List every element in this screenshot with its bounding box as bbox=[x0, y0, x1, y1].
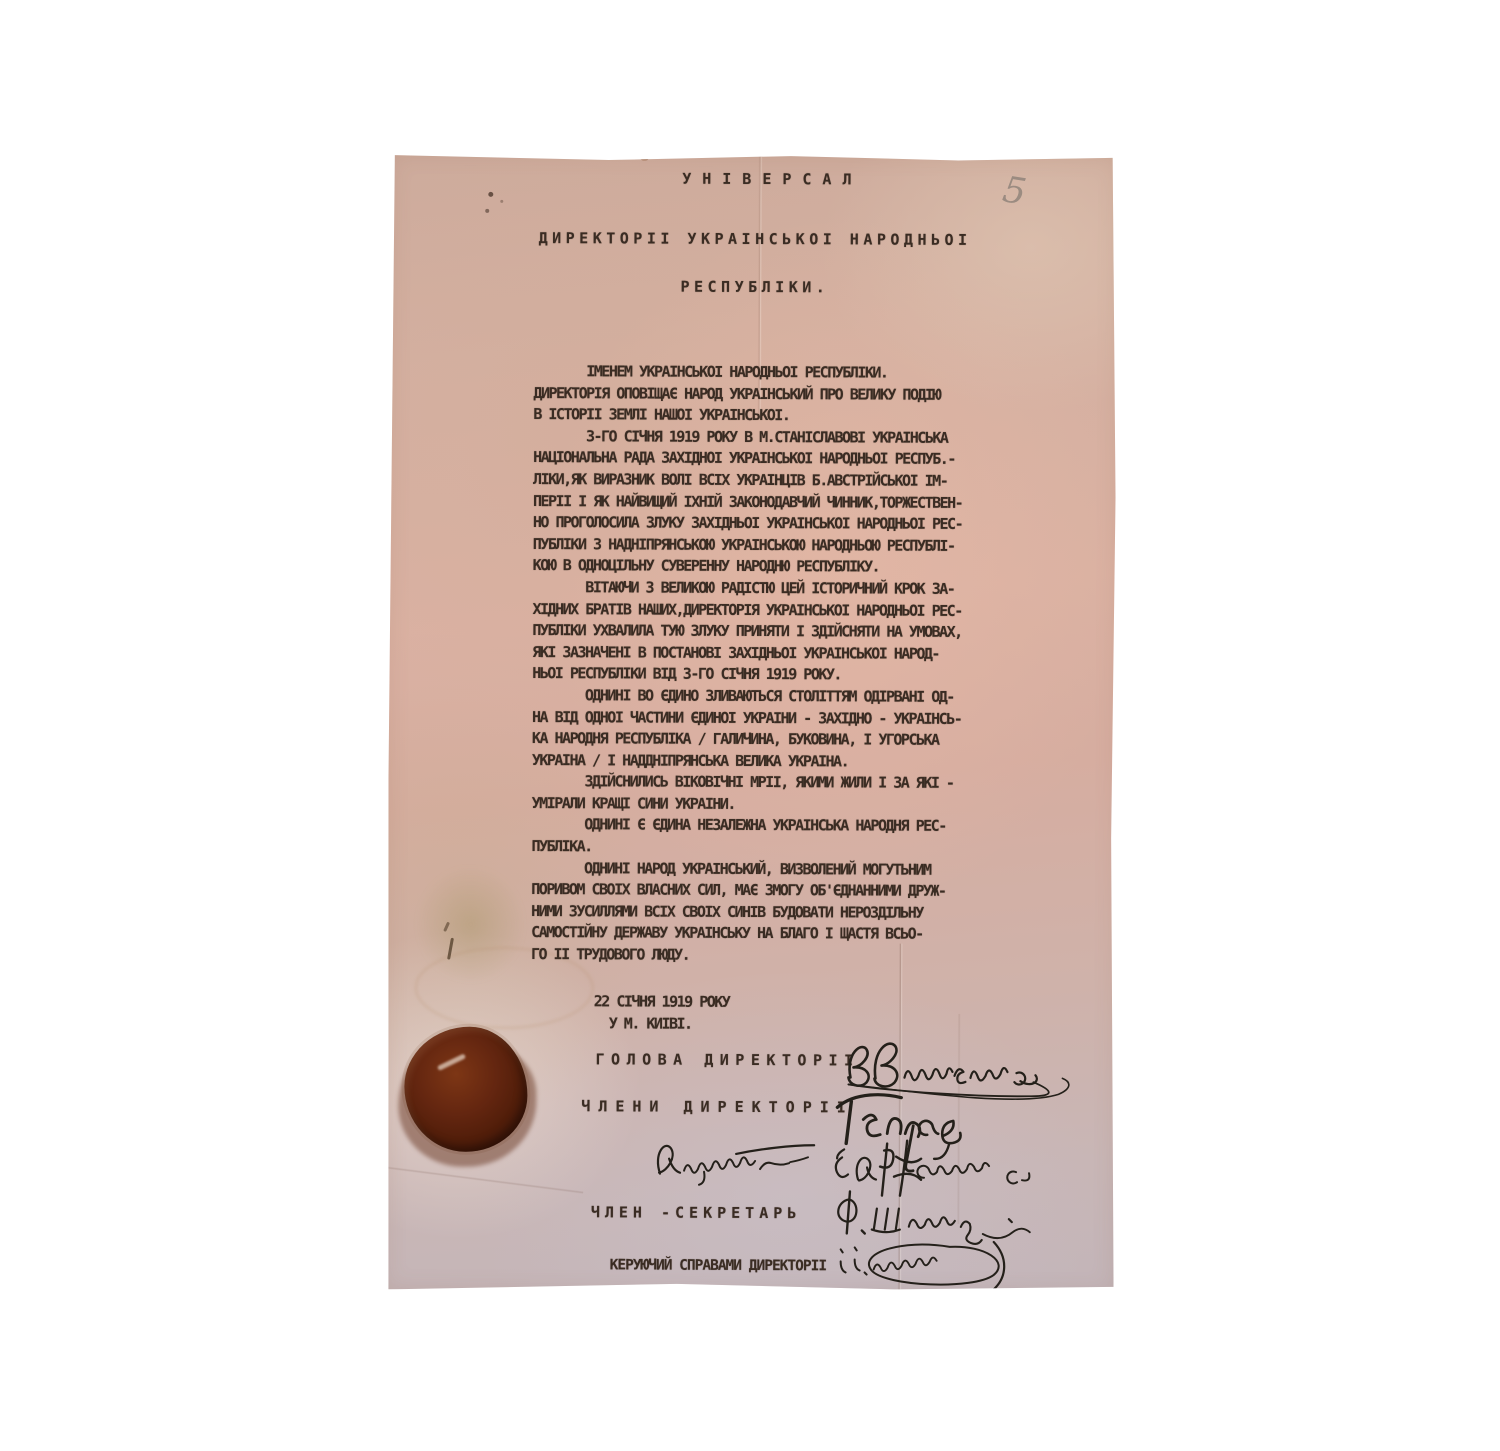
body-line: В ІСТОРІІ ЗЕМЛІ НАШОІ УКРАІНСЬКОІ. bbox=[533, 404, 981, 428]
document-title-line2: ДИРЕКТОРІІ УКРАІНСЬКОІ НАРОДНЬОІ bbox=[534, 229, 976, 249]
body-line: ЗДІЙСНИЛИСЬ ВІКОВІЧНІ МРІІ, ЯКИМИ ЖИЛИ І… bbox=[532, 771, 980, 795]
document-page: 5 УНІВЕРСАЛ ДИРЕКТОРІІ УКРАІНСЬКОІ НАРОД… bbox=[386, 153, 1119, 1292]
wax-seal bbox=[404, 1026, 528, 1152]
photo-background: 5 УНІВЕРСАЛ ДИРЕКТОРІІ УКРАІНСЬКОІ НАРОД… bbox=[0, 0, 1500, 1451]
label-manager-of-affairs: КЕРУЮЧИЙ СПРАВАМИ ДИРЕКТОРІІ bbox=[610, 1257, 827, 1274]
body-line: ДИРЕКТОРІЯ ОПОВІЩАЄ НАРОД УКРАІНСЬКИЙ ПР… bbox=[533, 383, 981, 407]
body-line: НИМИ ЗУСИЛЛЯМИ ВСІХ СВОІХ СИНІВ БУДОВАТИ… bbox=[531, 901, 979, 925]
body-line: ОДНИНІ ВО ЄДИНО ЗЛИВАЮТЬСЯ СТОЛІТТЯМ ОДІ… bbox=[532, 685, 980, 709]
body-line: ІМЕНЕМ УКРАІНСЬКОІ НАРОДНЬОІ РЕСПУБЛІКИ. bbox=[533, 361, 981, 385]
document-title-line1: УНІВЕРСАЛ bbox=[534, 169, 976, 189]
document-title-line3: РЕСПУБЛІКИ. bbox=[534, 277, 976, 297]
body-line: ОДНИНІ НАРОД УКРАІНСЬКИЙ, ВИЗВОЛЕНИЙ МОГ… bbox=[531, 858, 979, 882]
body-line: УКРАІНА / І НАДДНІПРЯНСЬКА ВЕЛИКА УКРАІН… bbox=[532, 750, 980, 774]
body-line: ХІДНИХ БРАТІВ НАШИХ,ДИРЕКТОРІЯ УКРАІНСЬК… bbox=[532, 599, 980, 623]
date-line: 22 СІЧНЯ 1919 РОКУ bbox=[594, 992, 730, 1011]
ink-speck bbox=[485, 209, 489, 213]
body-line: ПОРИВОМ СВОІХ ВЛАСНИХ СИЛ, МАЄ ЗМОГУ ОБ'… bbox=[531, 879, 979, 903]
fold-crease-diagonal bbox=[386, 1165, 584, 1194]
label-member-secretary: ЧЛЕН -СЕКРЕТАРЬ bbox=[591, 1203, 802, 1222]
body-line: УМІРАЛИ КРАЩІ СИНИ УКРАІНИ. bbox=[532, 793, 980, 817]
body-line: ЯКІ ЗАЗНАЧЕНІ В ПОСТАНОВІ ЗАХІДНЬОІ УКРА… bbox=[532, 642, 980, 666]
body-line: НЬОІ РЕСПУБЛІКИ ВІД З-ГО СІЧНЯ 1919 РОКУ… bbox=[532, 663, 980, 687]
body-line: З-ГО СІЧНЯ 1919 РОКУ В М.СТАНІСЛАВОВІ УК… bbox=[533, 426, 981, 450]
body-line: НАЦІОНАЛЬНА РАДА ЗАХІДНОІ УКРАІНСЬКОІ НА… bbox=[533, 447, 981, 471]
place-line: У М. КИІВІ. bbox=[594, 1014, 692, 1032]
body-line: ПУБЛІКИ УХВАЛИЛА ТУЮ ЗЛУКУ ПРИНЯТИ І ЗДІ… bbox=[532, 620, 980, 644]
signature-andriievskyi bbox=[642, 1130, 820, 1193]
body-line: КОЮ В ОДНОЦІЛЬНУ СУВЕРЕННУ НАРОДНЮ РЕСПУ… bbox=[533, 555, 981, 579]
paper-edge-speck bbox=[640, 156, 648, 161]
ink-speck bbox=[488, 192, 493, 197]
document-body: ІМЕНЕМ УКРАІНСЬКОІ НАРОДНЬОІ РЕСПУБЛІКИ.… bbox=[531, 361, 982, 968]
body-line: НА ВІД ОДНОІ ЧАСТИНИ ЄДИНОІ УКРАІНИ - ЗА… bbox=[532, 707, 980, 731]
label-members-of-directory: ЧЛЕНИ ДИРЕКТОРІІ bbox=[581, 1097, 854, 1116]
body-line: САМОСТІЙНУ ДЕРЖАВУ УКРАІНСЬКУ НА БЛАГО І… bbox=[531, 922, 979, 946]
body-line: ЛІКИ,ЯК ВИРАЗНИК ВОЛІ ВСІХ УКРАІНЦІВ Б.А… bbox=[533, 469, 981, 493]
body-line: ПУБЛІКИ З НАДНІПРЯНСЬКОЮ УКРАІНСЬКОЮ НАР… bbox=[533, 534, 981, 558]
body-line: ГО ІІ ТРУДОВОГО ЛЮДУ. bbox=[531, 944, 979, 968]
label-head-of-directory: ГОЛОВА ДИРЕКТОРІІ bbox=[595, 1050, 859, 1069]
signature-kraskovskyi bbox=[826, 1233, 1021, 1292]
pencil-number-annotation: 5 bbox=[999, 169, 1046, 223]
body-line: ВІТАЮЧИ З ВЕЛИКОЮ РАДІСТЮ ЦЕЙ ІСТОРИЧНИЙ… bbox=[533, 577, 981, 601]
ink-speck bbox=[500, 200, 503, 203]
body-line: ПУБЛІКА. bbox=[531, 836, 979, 860]
body-line: ОДНИНІ Є ЄДИНА НЕЗАЛЕЖНА УКРАІНСЬКА НАРО… bbox=[532, 815, 980, 839]
body-line: ПЕРІІ І ЯК НАЙВИЩИЙ ІХНІЙ ЗАКОНОДАВЧИЙ Ч… bbox=[533, 491, 981, 515]
body-line: НО ПРОГОЛОСИЛА ЗЛУКУ ЗАХІДНЬОІ УКРАІНСЬК… bbox=[533, 512, 981, 536]
body-line: КА НАРОДНЯ РЕСПУБЛІКА / ГАЛИЧИНА, БУКОВИ… bbox=[532, 728, 980, 752]
